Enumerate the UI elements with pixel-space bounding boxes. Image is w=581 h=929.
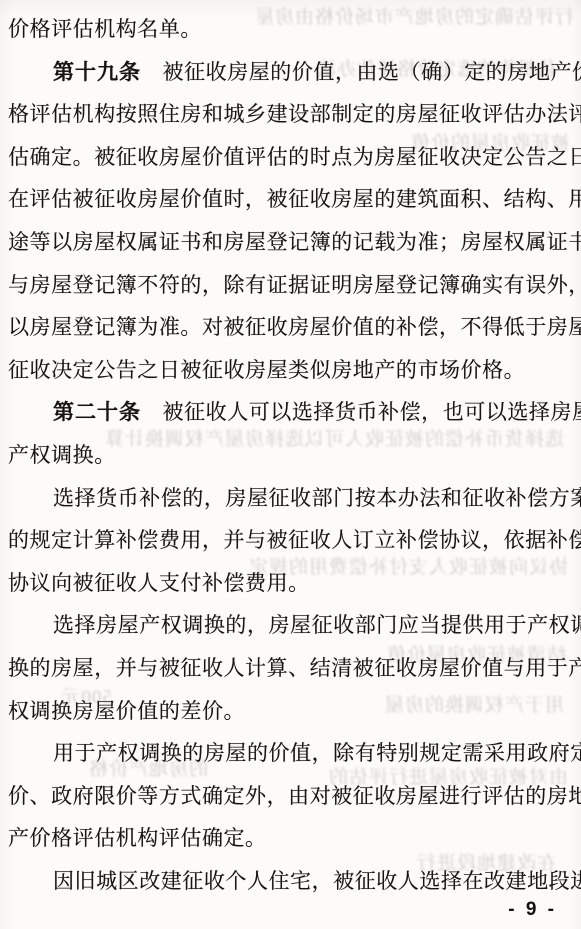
text-line: 价、政府限价等方式确定外，由对被征收房屋进行评估的房地 [8,775,572,818]
text-run: 格评估机构按照住房和城乡建设部制定的房屋征收评估办法评 [8,102,581,126]
text-run: 用于产权调换的房屋的价值，除有特别规定需采用政府定 [53,741,581,765]
text-line: 权调换房屋价值的差价。 [8,690,572,733]
text-line: 的规定计算补偿费用，并与被征收人订立补偿协议，依据补偿 [8,519,572,562]
scanned-document-page: 行评估确定的房地产市场价格由房屋征收估机构的选定价格评估办法被征收房屋的价值选择… [0,0,581,929]
text-line: 价格评估机构名单。 [8,8,572,51]
text-line: 用于产权调换的房屋的价值，除有特别规定需采用政府定 [8,732,572,775]
text-run: 产权调换。 [8,443,116,467]
text-line: 第十九条 被征收房屋的价值，由选（确）定的房地产价 [8,51,572,94]
article-heading: 第二十条 [53,400,141,424]
text-line: 产价格评估机构评估确定。 [8,817,572,860]
text-run: 权调换房屋价值的差价。 [8,699,245,723]
text-run: 的规定计算补偿费用，并与被征收人订立补偿协议，依据补偿 [8,528,581,552]
text-run: 选择房屋产权调换的，房屋征收部门应当提供用于产权调 [53,613,581,637]
text-line: 因旧城区改建征收个人住宅，被征收人选择在改建地段进 [8,860,572,903]
text-line: 征收决定公告之日被征收房屋类似房地产的市场价格。 [8,349,572,392]
text-line: 估确定。被征收房屋价值评估的时点为房屋征收决定公告之日。 [8,136,572,179]
text-run: 换的房屋，并与被征收人计算、结清被征收房屋价值与用于产 [8,656,581,680]
text-run: 因旧城区改建征收个人住宅，被征收人选择在改建地段进 [53,869,581,893]
text-run: 协议向被征收人支付补偿费用。 [8,571,310,595]
page-number: - 9 - [508,899,557,921]
text-line: 协议向被征收人支付补偿费用。 [8,562,572,605]
text-line: 途等以房屋权属证书和房屋登记簿的记载为准；房屋权属证书 [8,221,572,264]
text-run: 价格评估机构名单。 [8,17,202,41]
text-line: 与房屋登记簿不符的，除有证据证明房屋登记簿确实有误外， [8,264,572,307]
text-run: 以房屋登记簿为准。对被征收房屋价值的补偿，不得低于房屋 [8,315,581,339]
text-line: 选择货币补偿的，房屋征收部门按本办法和征收补偿方案 [8,477,572,520]
text-line: 在评估被征收房屋价值时，被征收房屋的建筑面积、结构、用 [8,178,572,221]
text-run: 途等以房屋权属证书和房屋登记簿的记载为准；房屋权属证书 [8,230,581,254]
text-run: 选择货币补偿的，房屋征收部门按本办法和征收补偿方案 [53,486,581,510]
text-line: 格评估机构按照住房和城乡建设部制定的房屋征收评估办法评 [8,93,572,136]
text-run: 估确定。被征收房屋价值评估的时点为房屋征收决定公告之日。 [8,145,581,169]
text-line: 换的房屋，并与被征收人计算、结清被征收房屋价值与用于产 [8,647,572,690]
text-run: 价、政府限价等方式确定外，由对被征收房屋进行评估的房地 [8,784,581,808]
text-line: 选择房屋产权调换的，房屋征收部门应当提供用于产权调 [8,604,572,647]
text-run: 被征收人可以选择货币补偿，也可以选择房屋 [141,400,581,424]
text-line: 产权调换。 [8,434,572,477]
text-line: 以房屋登记簿为准。对被征收房屋价值的补偿，不得低于房屋 [8,306,572,349]
text-body: 价格评估机构名单。第十九条 被征收房屋的价值，由选（确）定的房地产价格评估机构按… [8,8,572,902]
text-line: 第二十条 被征收人可以选择货币补偿，也可以选择房屋 [8,391,572,434]
text-run: 在评估被征收房屋价值时，被征收房屋的建筑面积、结构、用 [8,187,581,211]
text-run: 产价格评估机构评估确定。 [8,826,267,850]
text-run: 与房屋登记簿不符的，除有证据证明房屋登记簿确实有误外， [8,273,581,297]
text-run: 被征收房屋的价值，由选（确）定的房地产价 [141,60,581,84]
article-heading: 第十九条 [53,60,141,84]
text-run: 征收决定公告之日被征收房屋类似房地产的市场价格。 [8,358,525,382]
